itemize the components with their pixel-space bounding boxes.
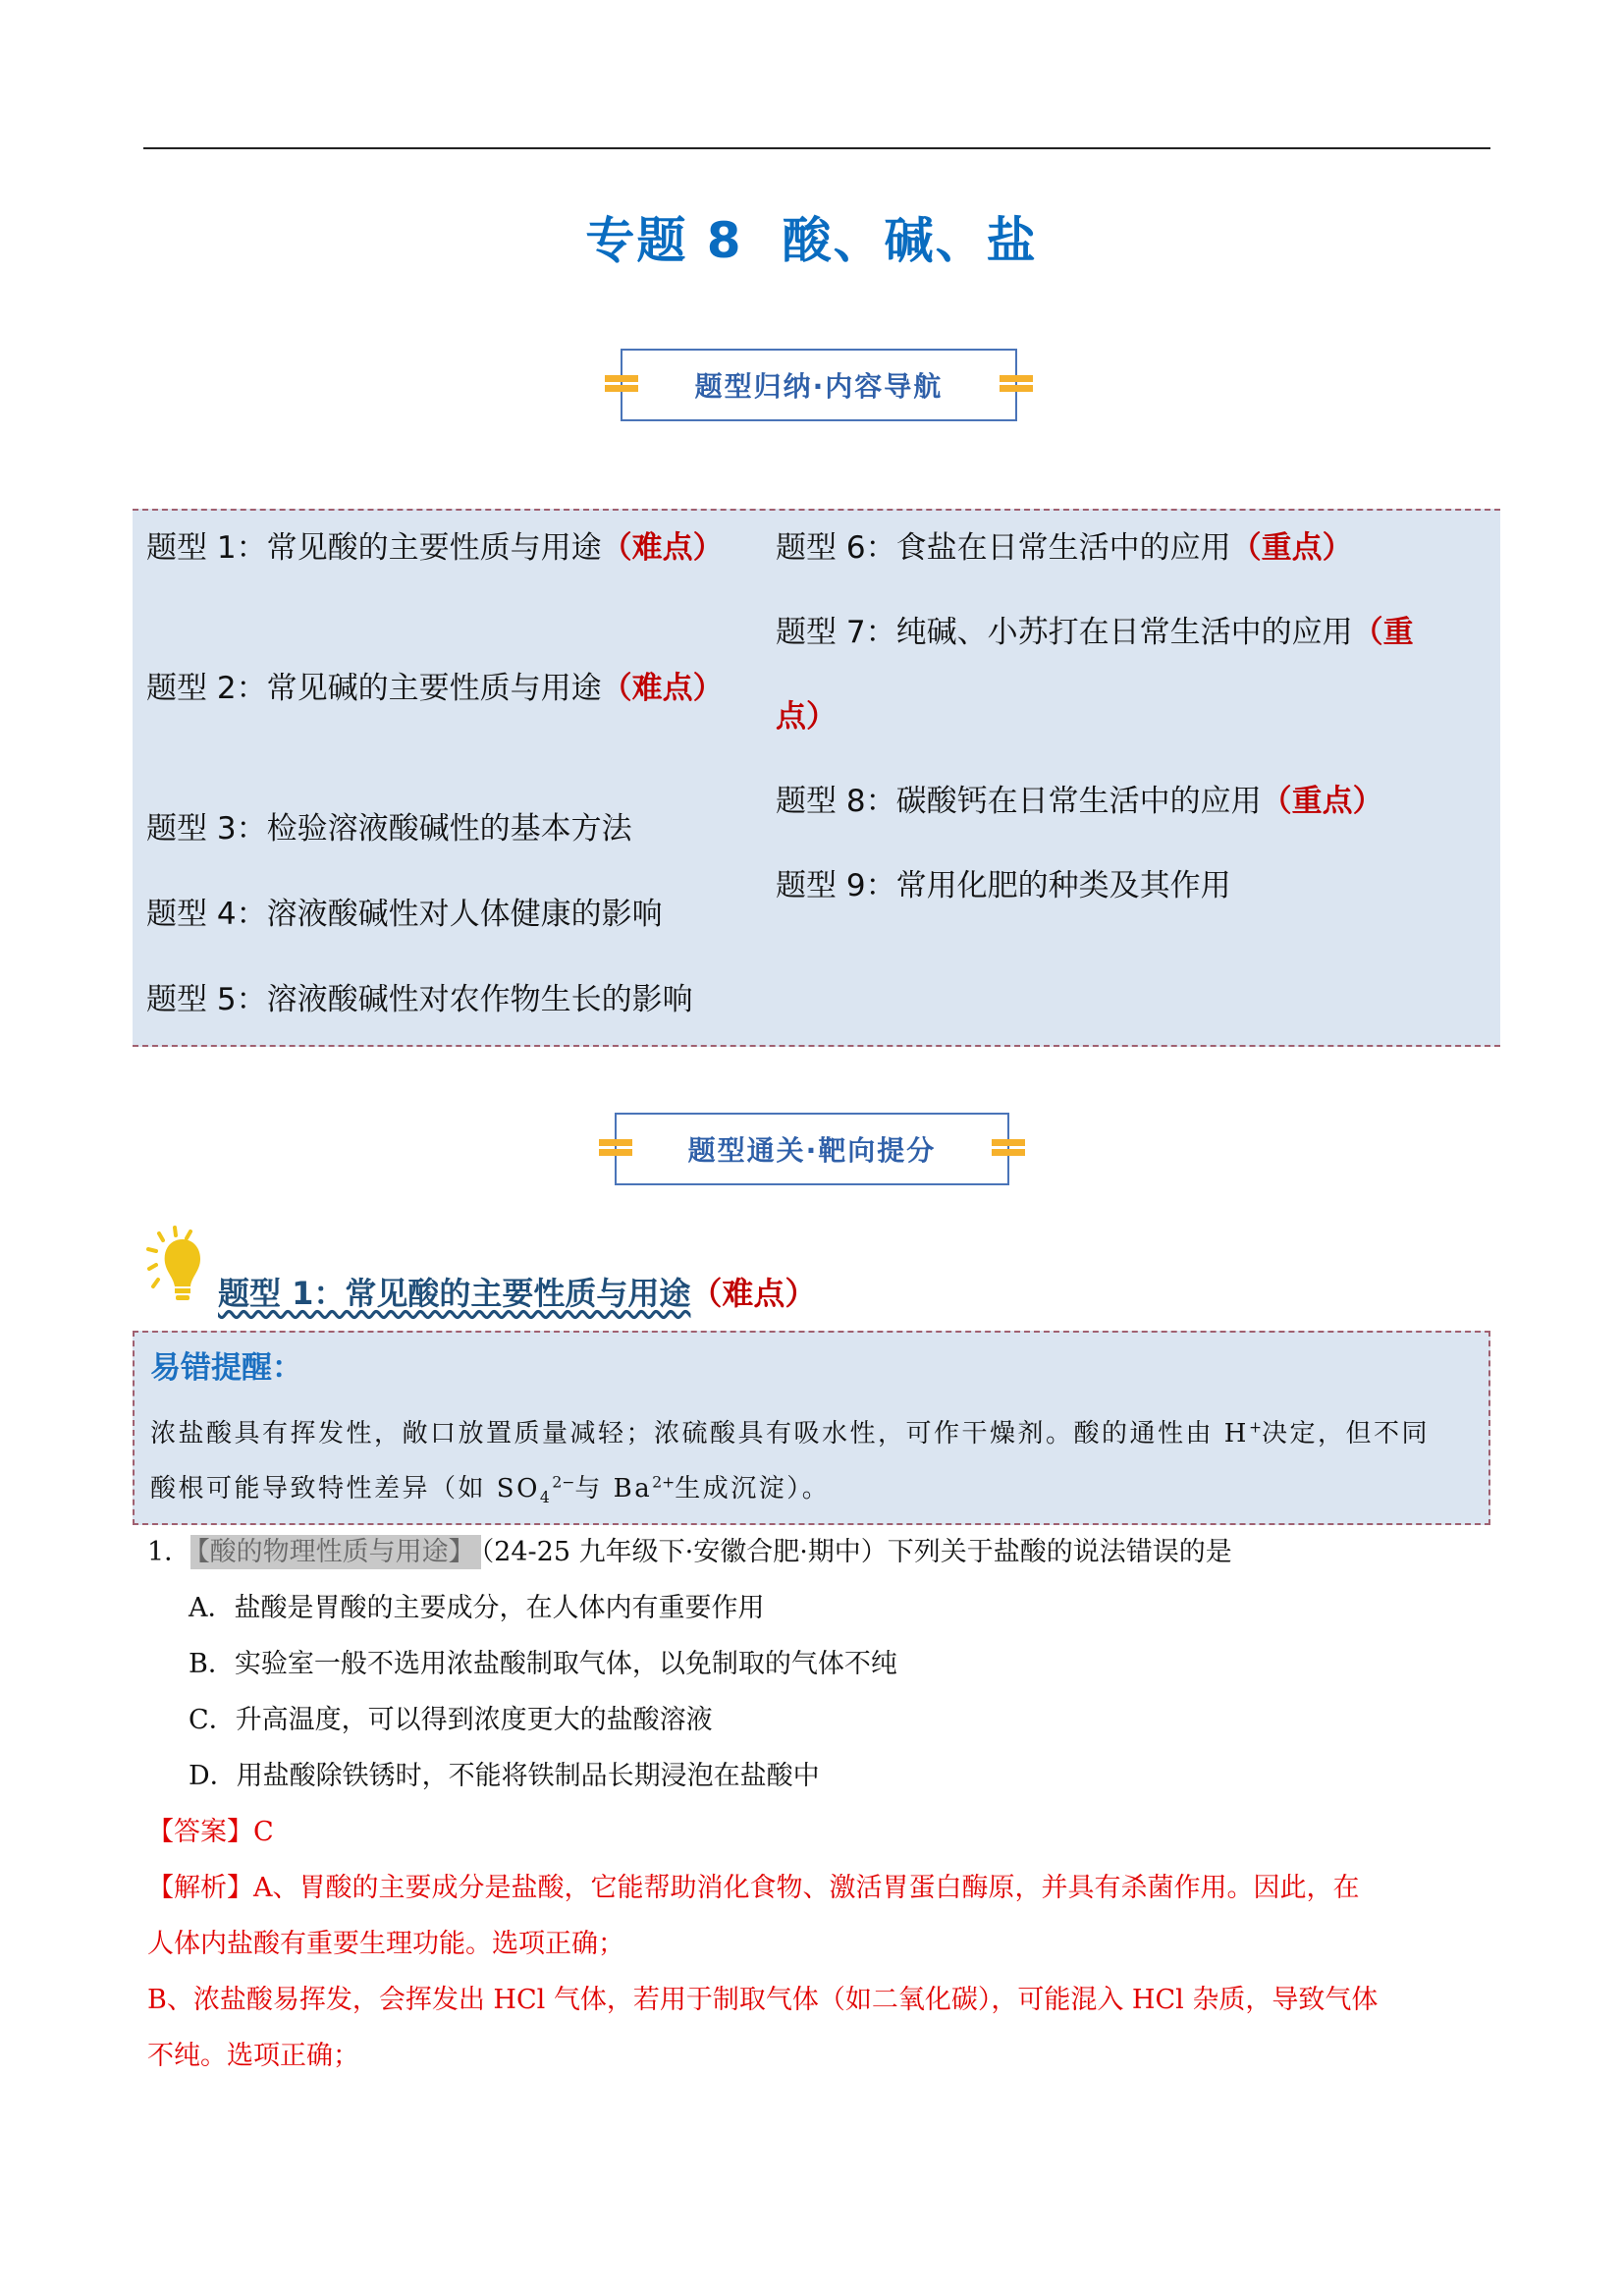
toc-banner-label: 题型归纳·内容导航 [695, 365, 944, 405]
toc-item-label: 题型 7：纯碱、小苏打在日常生活中的应用 [776, 615, 1353, 650]
banner-left-deco-icon [599, 1136, 632, 1162]
toc-item-label: 题型 3：检验溶液酸碱性的基本方法 [146, 811, 632, 847]
toc-item-tag: （难点） [602, 671, 724, 706]
tip-text-line-2: 酸根可能导致特性差异（如 SO42−与 Ba2+生成沉淀）。 [150, 1468, 830, 1504]
toc-item-label: 题型 2：常见碱的主要性质与用途 [146, 671, 602, 706]
question-source: （24-25 九年级下·安徽合肥·期中） [481, 1537, 888, 1567]
superscript: 2+ [652, 1473, 675, 1491]
tip-text: 决定，但不同 [1262, 1419, 1430, 1449]
toc-box: 题型 1：常见酸的主要性质与用途（难点） 题型 2：常见碱的主要性质与用途（难点… [133, 509, 1500, 1047]
tip-text-line-1: 浓盐酸具有挥发性，敞口放置质量减轻；浓硫酸具有吸水性，可作干燥剂。酸的通性由 H… [150, 1413, 1430, 1449]
option-a[interactable]: A．盐酸是胃酸的主要成分，在人体内有重要作用 [189, 1586, 765, 1624]
tip-title: 易错提醒： [150, 1342, 302, 1387]
toc-item-4[interactable]: 题型 4：溶液酸碱性对人体健康的影响 [146, 889, 663, 933]
page-title: 专题 8酸、碱、盐 [0, 201, 1623, 272]
toc-item-label: 题型 9：常用化肥的种类及其作用 [776, 868, 1231, 903]
analysis-line-1: 【解析】A、胃酸的主要成分是盐酸，它能帮助消化食物、激活胃蛋白酶原，并具有杀菌作… [147, 1866, 1360, 1904]
question-stem: 1．【酸的物理性质与用途】（24-25 九年级下·安徽合肥·期中）下列关于盐酸的… [147, 1530, 1232, 1568]
tip-text: 与 Ba [574, 1474, 652, 1503]
tip-text: 酸根可能导致特性差异（如 SO [150, 1474, 540, 1503]
toc-item-tag: 点） [776, 699, 837, 735]
toc-item-7[interactable]: 题型 7：纯碱、小苏打在日常生活中的应用（重 [776, 607, 1414, 651]
header-rule [143, 147, 1490, 149]
banner-left-deco-icon [605, 372, 638, 398]
practice-banner-label: 题型通关·靶向提分 [688, 1129, 937, 1169]
answer-line: 【答案】C [147, 1810, 274, 1848]
toc-banner: 题型归纳·内容导航 [621, 349, 1017, 421]
analysis-line-4: 不纯。选项正确； [147, 2034, 359, 2072]
error-tip-box: 易错提醒： 浓盐酸具有挥发性，敞口放置质量减轻；浓硫酸具有吸水性，可作干燥剂。酸… [133, 1331, 1490, 1525]
option-c[interactable]: C．升高温度，可以得到浓度更大的盐酸溶液 [189, 1698, 713, 1736]
lightbulb-icon [145, 1226, 206, 1304]
topic-heading: 题型 1：常见酸的主要性质与用途（难点） [218, 1269, 816, 1314]
toc-item-label: 题型 5：溶液酸碱性对农作物生长的影响 [146, 982, 693, 1017]
question-tag: 【酸的物理性质与用途】 [190, 1535, 481, 1569]
toc-item-8[interactable]: 题型 8：碳酸钙在日常生活中的应用（重点） [776, 776, 1383, 820]
toc-item-label: 题型 1：常见酸的主要性质与用途 [146, 530, 602, 566]
toc-item-9[interactable]: 题型 9：常用化肥的种类及其作用 [776, 860, 1231, 904]
page-title-main: 酸、碱、盐 [783, 212, 1038, 269]
question-number: 1． [147, 1537, 190, 1567]
toc-item-label: 题型 4：溶液酸碱性对人体健康的影响 [146, 897, 663, 932]
toc-item-label: 题型 8：碳酸钙在日常生活中的应用 [776, 784, 1262, 819]
topic-heading-tag: （难点） [690, 1269, 816, 1314]
toc-item-tag: （难点） [602, 530, 724, 566]
analysis-line-2: 人体内盐酸有重要生理功能。选项正确； [147, 1922, 624, 1960]
topic-heading-label: 题型 1：常见酸的主要性质与用途 [218, 1275, 690, 1312]
tip-text: 生成沉淀）。 [675, 1474, 830, 1503]
banner-right-deco-icon [1000, 372, 1033, 398]
toc-item-7-cont: 点） [776, 691, 837, 736]
practice-banner: 题型通关·靶向提分 [615, 1113, 1009, 1185]
analysis-line-3: B、浓盐酸易挥发，会挥发出 HCl 气体，若用于制取气体（如二氧化碳），可能混入… [147, 1978, 1378, 2016]
subscript: 4 [540, 1489, 552, 1506]
option-b[interactable]: B．实验室一般不选用浓盐酸制取气体，以免制取的气体不纯 [189, 1642, 897, 1680]
superscript: + [1249, 1418, 1262, 1436]
toc-item-tag: （重点） [1231, 530, 1353, 566]
tip-text: 浓盐酸具有挥发性，敞口放置质量减轻；浓硫酸具有吸水性，可作干燥剂。酸的通性由 H [150, 1419, 1249, 1449]
question-text: 下列关于盐酸的说法错误的是 [888, 1537, 1232, 1567]
toc-item-label: 题型 6：食盐在日常生活中的应用 [776, 530, 1231, 566]
toc-item-3[interactable]: 题型 3：检验溶液酸碱性的基本方法 [146, 803, 632, 847]
toc-item-tag: （重点） [1262, 784, 1383, 819]
toc-item-6[interactable]: 题型 6：食盐在日常生活中的应用（重点） [776, 522, 1353, 567]
option-d[interactable]: D．用盐酸除铁锈时，不能将铁制品长期浸泡在盐酸中 [189, 1754, 820, 1792]
toc-item-5[interactable]: 题型 5：溶液酸碱性对农作物生长的影响 [146, 974, 693, 1018]
toc-item-2[interactable]: 题型 2：常见碱的主要性质与用途（难点） [146, 663, 724, 707]
toc-item-tag: （重 [1353, 615, 1414, 650]
page-title-prefix: 专题 8 [585, 212, 742, 269]
toc-item-1[interactable]: 题型 1：常见酸的主要性质与用途（难点） [146, 522, 724, 567]
banner-right-deco-icon [992, 1136, 1025, 1162]
superscript: 2− [552, 1473, 574, 1491]
